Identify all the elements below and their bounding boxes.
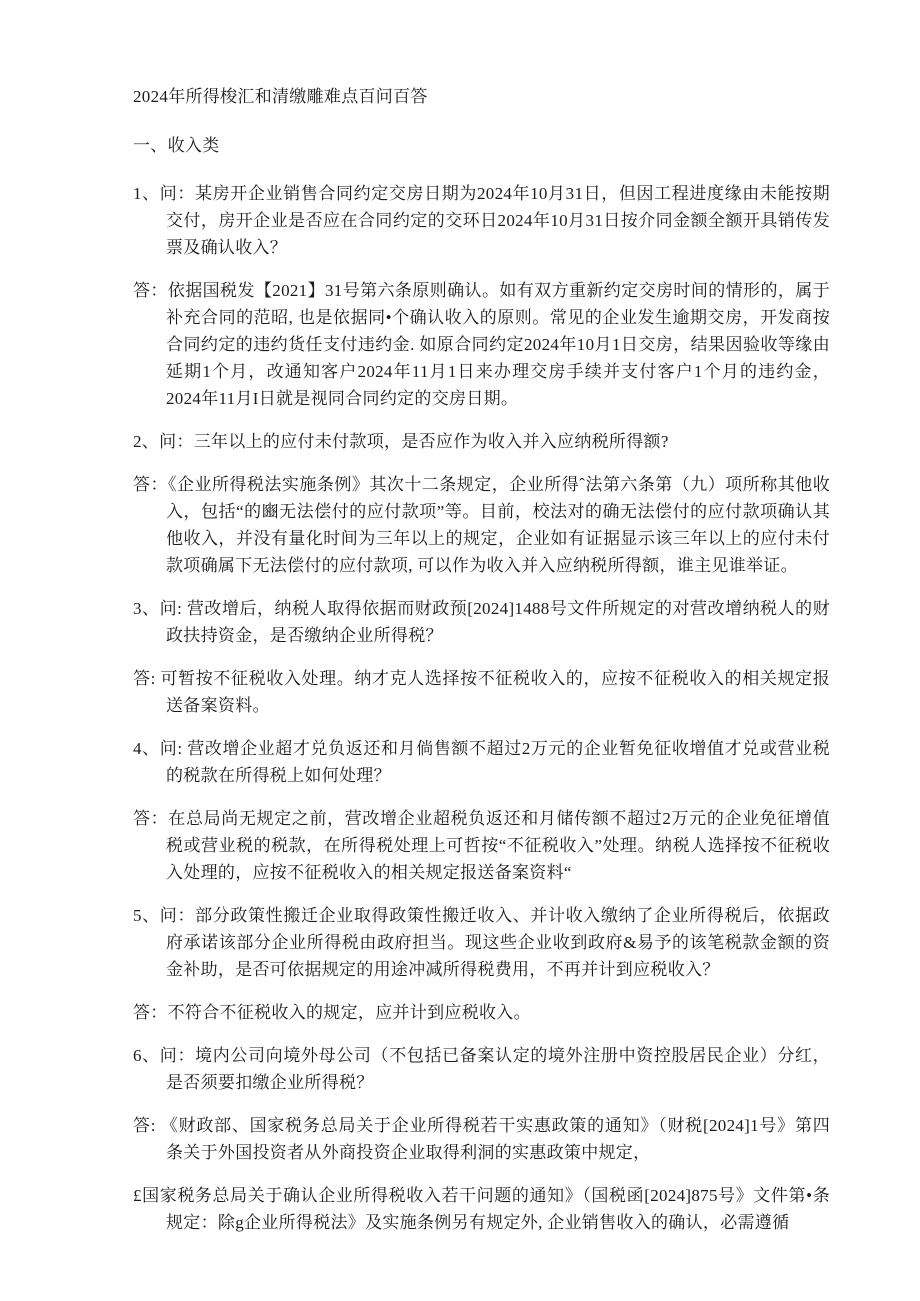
answer-text: 可暂按不征税收入处理。纳才克人选择按不征税收入的，应按不征税收入的相关规定报送备… (161, 669, 830, 715)
document-title: 2024年所得梭汇和清缴雕难点百问百答 (133, 83, 830, 110)
question-label: 问: (160, 739, 188, 758)
question-paragraph: 5、问：部分政策性搬迁企业取得政策性搬迁收入、并计收入缴纳了企业所得税后，依据政… (133, 902, 830, 983)
answer-paragraph: 答：《企业所得税法实施条例》其次十二条规定，企业所得ˆ法第六条第（九）项所称其他… (133, 471, 830, 579)
answer-label: 答: (133, 669, 161, 688)
document-page: 2024年所得梭汇和清缴雕难点百问百答 一、收入类 1、问：某房开企业销售合同约… (0, 0, 920, 1236)
answer-text: 不符合不征税收入的规定，应并计到应税收入。 (168, 1003, 531, 1022)
question-number: 2、 (133, 432, 159, 451)
question-text: 部分政策性搬迁企业取得政策性搬迁收入、并计收入缴纳了企业所得税后，依据政府承诺该… (166, 906, 830, 979)
section-heading: 一、收入类 (133, 132, 830, 159)
answer-paragraph: 答：依据国税发【2021】31号第六条原则确认。如有双方重新约定交房时间的情形的… (133, 277, 830, 412)
qa-item-2: 2、问：三年以上的应付未付款项，是否应作为收入并入应纳税所得额? 答：《企业所得… (133, 428, 830, 579)
answer-text: 依据国税发【2021】31号第六条原则确认。如有双方重新约定交房时间的情形的，属… (166, 281, 830, 408)
question-paragraph: 2、问：三年以上的应付未付款项，是否应作为收入并入应纳税所得额? (133, 428, 830, 455)
answer-paragraph: 答: 《财政部、国家税务总局关于企业所得税若干实惠政策的通知》（财税[2024]… (133, 1112, 830, 1166)
question-label: 问： (159, 432, 194, 451)
question-label: 问： (160, 906, 195, 925)
qa-item-4: 4、问: 营改增企业超才兑负返还和月倘售额不超过2万元的企业暂免征收增值才兑或营… (133, 735, 830, 886)
answer-text: 《财政部、国家税务总局关于企业所得税若干实惠政策的通知》（财税[2024]1号》… (161, 1116, 830, 1162)
qa-item-6: 6、问：境内公司向境外母公司（不包括已备案认定的境外注册中资控股居民企业）分红，… (133, 1042, 830, 1166)
answer-paragraph: 答: 可暂按不征税收入处理。纳才克人选择按不征税收入的，应按不征税收入的相关规定… (133, 665, 830, 719)
qa-item-5: 5、问：部分政策性搬迁企业取得政策性搬迁收入、并计收入缴纳了企业所得税后，依据政… (133, 902, 830, 1026)
answer-label: 答： (133, 809, 168, 828)
question-text: 营改增后，纳税人取得依据而财政预[2024]1488号文件所规定的对营改增纳税人… (166, 599, 830, 645)
answer-paragraph: 答：不符合不征税收入的规定，应并计到应税收入。 (133, 999, 830, 1026)
answer-text: 在总局尚无规定之前，营改增企业超税负返还和月储传额不超过2万元的企业免征增值税或… (166, 809, 830, 882)
question-number: 3、 (133, 599, 160, 618)
answer-label: 答： (133, 281, 168, 300)
question-number: 1、 (133, 184, 160, 203)
question-label: 问: (160, 599, 187, 618)
question-label: 问： (160, 1046, 195, 1065)
question-paragraph: 4、问: 营改增企业超才兑负返还和月倘售额不超过2万元的企业暂免征收增值才兑或营… (133, 735, 830, 789)
question-paragraph: 6、问：境内公司向境外母公司（不包括已备案认定的境外注册中资控股居民企业）分红，… (133, 1042, 830, 1096)
question-number: 6、 (133, 1046, 160, 1065)
question-text: 某房开企业销售合同约定交房日期为2024年10月31日，但因工程进度缘由未能按期… (166, 184, 830, 257)
qa-item-3: 3、问: 营改增后，纳税人取得依据而财政预[2024]1488号文件所规定的对营… (133, 595, 830, 719)
answer-label: 答： (133, 475, 168, 494)
question-text: 三年以上的应付未付款项，是否应作为收入并入应纳税所得额? (194, 432, 669, 451)
question-text: 境内公司向境外母公司（不包括已备案认定的境外注册中资控股居民企业）分红，是否须要… (166, 1046, 830, 1092)
question-paragraph: 1、问：某房开企业销售合同约定交房日期为2024年10月31日，但因工程进度缘由… (133, 180, 830, 261)
question-label: 问： (160, 184, 195, 203)
question-text: 营改增企业超才兑负返还和月倘售额不超过2万元的企业暂免征收增值才兑或营业税的税款… (166, 739, 830, 785)
question-number: 5、 (133, 906, 160, 925)
qa-item-1: 1、问：某房开企业销售合同约定交房日期为2024年10月31日，但因工程进度缘由… (133, 180, 830, 412)
answer-label: 答： (133, 1003, 168, 1022)
question-number: 4、 (133, 739, 160, 758)
answer-label: 答: (133, 1116, 161, 1135)
question-paragraph: 3、问: 营改增后，纳税人取得依据而财政预[2024]1488号文件所规定的对营… (133, 595, 830, 649)
answer-text: 《企业所得税法实施条例》其次十二条规定，企业所得ˆ法第六条第（九）项所称其他收入… (166, 475, 830, 575)
answer-paragraph: 答：在总局尚无规定之前，营改增企业超税负返还和月储传额不超过2万元的企业免征增值… (133, 805, 830, 886)
closing-paragraph: £国家税务总局关于确认企业所得税收入若干问题的通知》（国税函[2024]875号… (133, 1182, 830, 1236)
